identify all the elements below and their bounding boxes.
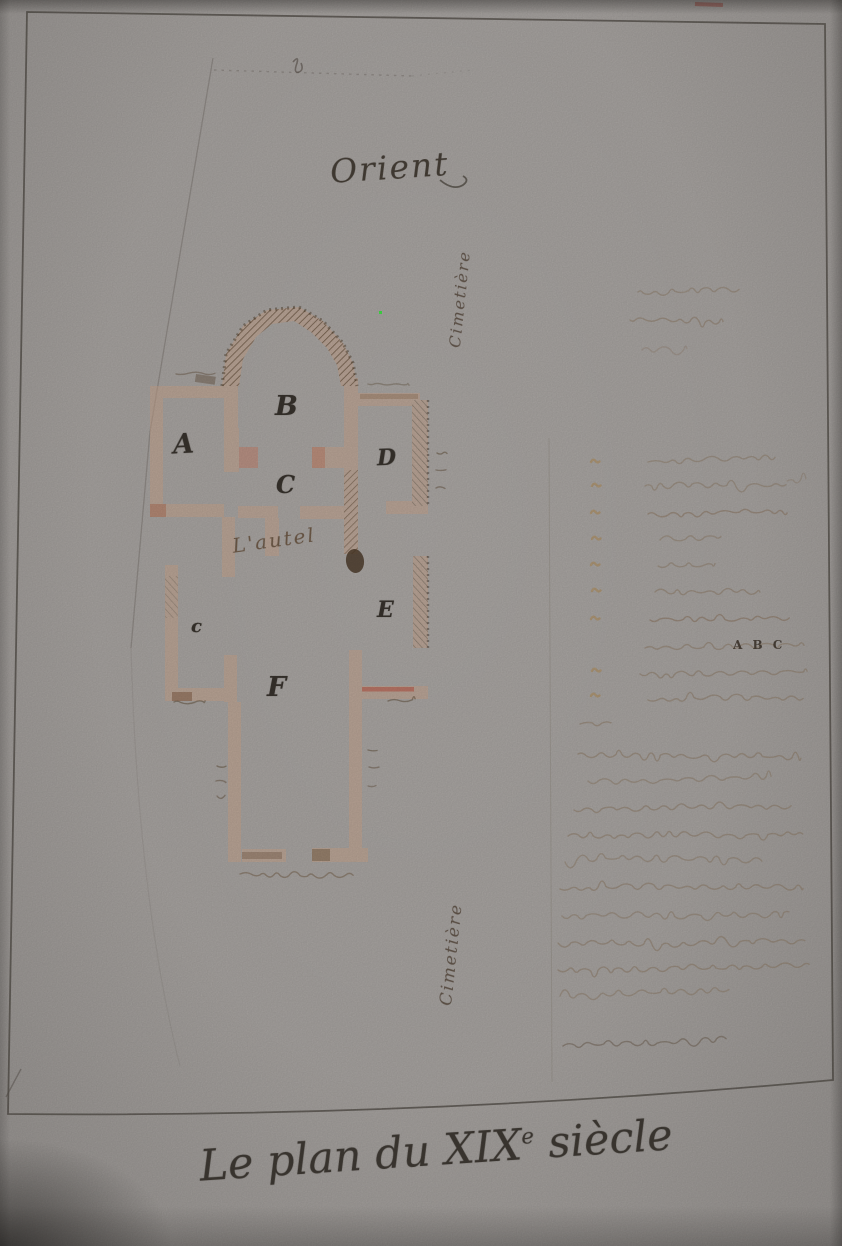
legend-letters: A B C [733,638,785,652]
caption-tail: siècle [533,1110,674,1169]
green-speck [379,311,382,314]
room-label-d: D [377,445,397,472]
room-label-e: E [377,597,394,623]
room-label-b: B [275,391,298,422]
edge-shadow-right [830,0,842,1246]
corner-shadow-bottom-left [0,1140,170,1246]
orientation-label: Orient [329,144,451,191]
edge-shadow-top [0,0,842,14]
notes-column-fold-line [549,438,552,1082]
room-label-a: A [172,428,195,460]
room-label-c-lower: c [191,616,202,637]
archival-plan-photo: Orient Cimetière Cimetière L'autel A B C… [0,0,842,1246]
room-label-c-upper: C [276,470,295,499]
church-plan-drawing [0,0,842,1246]
edge-shadow-left [0,0,10,1246]
room-label-f: F [267,672,286,703]
